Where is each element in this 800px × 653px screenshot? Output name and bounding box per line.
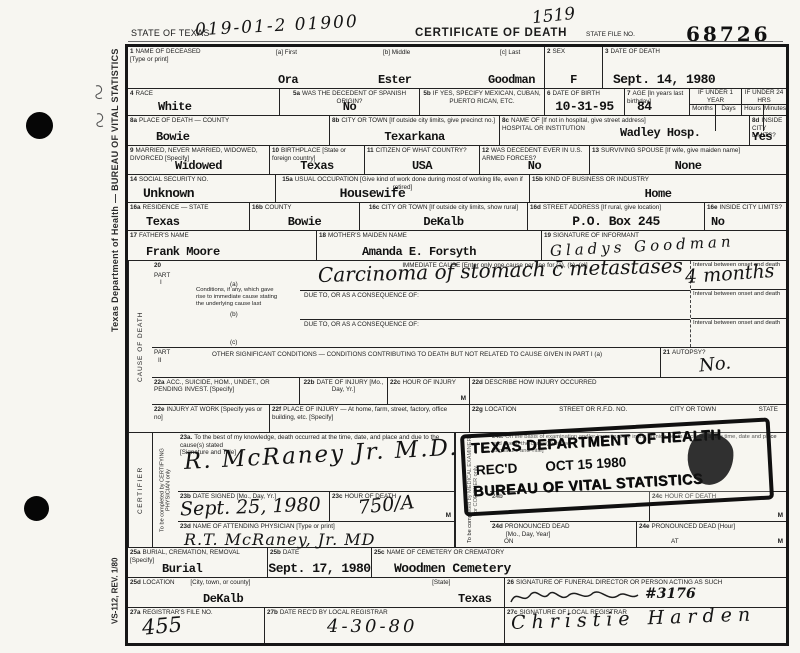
cemetery-value: Woodmen Cemetery [394,561,786,576]
death-certificate-scan: Texas Department of Health — BUREAU OF V… [0,0,800,653]
race-value: White [158,100,279,114]
stamp-ink-blot [686,432,735,486]
field-23d: 23dNAME OF ATTENDING PHYSICIAN [Type or … [178,522,454,547]
physician-strip: To be completed by CERTIFYING PHYSICIAN … [152,433,178,547]
field-25b: 25bDATE Sept. 17, 1980 [268,548,372,577]
field-25d: 25dLOCATION [City, town, or county] [Sta… [128,578,505,607]
field-name-of-deceased: 1NAME OF DECEASED[Type or print] [a] Fir… [128,47,545,88]
hour-of-death-value: 750/A [357,491,415,519]
sex-value: F [545,73,602,87]
field-age: 7AGE [In years last birthday] 84 [625,89,690,115]
field-22b: 22bDATE OF INJURY [Mo., Day, Yr.] [300,378,388,405]
field-street-address: 16dSTREET ADDRESS [If rural, give locati… [528,203,705,230]
field-inside-city-limits-8d: 8dINSIDE CITY LIMITS? Yes [750,116,786,145]
field-22c: 22cHOUR OF INJURY M [388,378,470,405]
line-c-tag: (c) [230,339,237,347]
field-race: 4RACE White [128,89,280,115]
field-surviving-spouse: 13SURVIVING SPOUSE [If wife, give maiden… [590,146,786,174]
hospital-value: Wadley Hosp. [620,126,749,140]
field-mother-name: 18MOTHER'S MAIDEN NAME Amanda E. Forsyth [317,231,542,260]
armed-forces-value: No [480,159,589,173]
residence-city-value: DeKalb [360,215,527,229]
registrar-date-value: 4-30-80 [327,616,417,637]
field-27a: 27aREGISTRAR'S FILE NO. 455 [128,608,265,643]
field-hospital: 8cNAME OF [If not in hospital, give stre… [500,116,750,145]
due-to-label-c: DUE TO, OR AS A CONSEQUENCE OF: [304,321,419,329]
age-value: 84 [637,99,689,114]
conditions-note: Conditions, if any, which gave rise to i… [196,287,282,308]
cause-part2-label: PART II [152,348,212,377]
field-25c: 25cNAME OF CEMETERY OR CREMATORY Woodmen… [372,548,786,577]
field-23c: 23cHOUR OF DEATH 750/A M [330,492,454,521]
handwritten-number: 1519 [531,4,576,28]
middle-name-value: Ester [378,73,412,87]
field-armed-forces: 12WAS DECEDENT EVER IN U.S. ARMED FORCES… [480,146,590,174]
hour-m-24c: M [778,512,783,519]
field-sex: 2SEX F [545,47,603,88]
residence-county-value: Bowie [250,215,359,229]
field-father-name: 17FATHER'S NAME Frank Moore [128,231,317,260]
page-title: CERTIFICATE OF DEATH [415,27,567,39]
middle-name-label: [b] Middle [383,49,410,57]
birthplace-value: Texas [270,159,364,173]
field-autopsy: 21AUTOPSY? No. [660,348,786,377]
field-residence-city: 16cCITY OR TOWN [If outside city limits,… [360,203,528,230]
stamp-line2: REC'DOCT 15 1980 [476,454,627,477]
disposition-state-value: Texas [458,592,504,606]
field-marital-status: 9MARRIED, NEVER MARRIED, WIDOWED, DIVORC… [128,146,270,174]
date-of-birth-value: 10-31-95 [545,99,624,114]
field-date-of-birth: 6DATE OF BIRTH 10-31-95 [545,89,625,115]
pronounced-at-label: AT [671,538,679,546]
marital-status-value: Widowed [128,159,269,173]
street-address-value: P.O. Box 245 [528,214,704,229]
field-23a: 23a.To the best of my knowledge, death o… [178,433,454,492]
state-file-no-label: STATE FILE NO. [586,31,635,38]
cause-part1-label-col: 20 PART I Conditions, if any, which gave… [152,261,300,347]
occupation-value: Housewife [216,186,529,201]
hole-punch-top [26,112,53,139]
field-22a: 22aACC., SUICIDE, HOM., UNDET., OR PENDI… [152,378,300,405]
line-a-rule [300,290,690,291]
spanish-origin-value: No [280,100,419,114]
line-b-rule [300,319,690,320]
line-b-tag: (b) [230,311,238,319]
margin-agency-text: Texas Department of Health — BUREAU OF V… [106,14,124,366]
handwritten-codes: 019-01-2 01900 [195,12,360,41]
field-22d: 22dDESCRIBE HOW INJURY OCCURRED [470,378,786,405]
field-industry: 15bKIND OF BUSINESS OR INDUSTRY Home [530,175,786,202]
disposition-value: Burial [162,562,267,576]
inside-city-limits-16e-value: No [711,215,786,229]
field-26: 26SIGNATURE OF FUNERAL DIRECTOR OR PERSO… [505,578,786,607]
date-signed-value: Sept. 25, 1980 [180,494,321,521]
pronounced-on-label: ON [504,538,513,546]
field-22f: 22fPLACE OF INJURY — At home, farm, stre… [270,405,470,432]
state-file-number: 68726 [686,22,771,46]
inside-city-limits-8d-value: Yes [752,130,786,144]
field-22e: 22eINJURY AT WORK [Specify yes or no] [152,405,270,432]
last-name-value: Goodman [488,73,535,87]
citizen-value: USA [365,159,479,173]
field-birthplace: 10BIRTHPLACE [State or foreign country] … [270,146,365,174]
funeral-director-signature [509,586,641,608]
field-27b: 27bDATE REC'D BY LOCAL REGISTRAR 4-30-80 [265,608,505,643]
first-name-value: Ora [278,73,298,87]
attending-physician-value: R.T. McRaney, Jr. MD [184,530,375,549]
date-of-death-value: Sept. 14, 1980 [613,72,786,87]
hour-m-22c: M [461,395,466,402]
field-citizen: 11CITIZEN OF WHAT COUNTRY? USA [365,146,480,174]
industry-value: Home [530,187,786,201]
hour-m-23c: M [446,512,451,519]
certifier-side-label: CERTIFIER [128,433,152,547]
interval-col: Interval between onset and death Interva… [690,261,786,347]
line-a-tag: (a) [230,281,238,289]
hole-punch-bottom [24,496,49,521]
field-24e: 24ePRONOUNCED DEAD [Hour] AT M [637,522,786,547]
field-occupation: 15aUSUAL OCCUPATION [Give kind of work d… [276,175,530,202]
part2-text-col: OTHER SIGNIFICANT CONDITIONS — CONDITION… [212,348,660,377]
field-if-under-24-hrs: IF UNDER 24 HRS Hours Minutes [742,89,786,115]
due-to-label-b: DUE TO, OR AS A CONSEQUENCE OF: [304,292,419,300]
margin-form-code: VS-112, REV. 1/80 [108,548,122,634]
cause-of-death-side-label: CAUSE OF DEATH [128,261,152,432]
surviving-spouse-value: None [590,159,786,173]
field-inside-city-limits-16e: 16eINSIDE CITY LIMITS? No [705,203,786,230]
field-if-under-1-year: IF UNDER 1 YEAR Months Days [690,89,742,115]
first-name-label: [a] First [276,49,297,57]
field-city-or-town: 8bCITY OR TOWN [If outside city limits, … [330,116,500,145]
field-residence-state: 16aRESIDENCE — STATE Texas [128,203,250,230]
place-of-death-county-value: Bowie [156,130,329,144]
header-rule [128,41,783,42]
disposition-date-value: Sept. 17, 1980 [268,561,371,576]
certificate-form: 1NAME OF DECEASED[Type or print] [a] Fir… [125,44,789,646]
field-residence-county: 16bCOUNTY Bowie [250,203,360,230]
field-spanish-origin: 5aWAS THE DECEDENT OF SPANISH ORIGIN? No [280,89,420,115]
city-or-town-value: Texarkana [330,130,499,144]
field-24d: 24dPRONOUNCED DEAD [Mo., Day, Year] ON [490,522,637,547]
hour-m-24e: M [778,538,783,545]
cause-lines-col: IMMEDIATE CAUSE [Enter only one cause pe… [300,261,690,347]
field-date-of-death: 3DATE OF DEATH Sept. 14, 1980 [603,47,786,88]
registrar-file-no-value: 455 [141,612,183,639]
autopsy-value: No. [698,352,732,376]
field-27c: 27cSIGNATURE OF LOCAL REGISTRAR Christie… [505,608,786,643]
funeral-director-license: #3176 [645,586,696,602]
field-spanish-specify: 5bIF YES, SPECIFY MEXICAN, CUBAN, PUERTO… [420,89,545,115]
field-23b: 23bDATE SIGNED [Mo., Day, Yr.] Sept. 25,… [178,492,330,521]
last-name-label: [c] Last [500,49,520,57]
received-stamp: TEXAS DEPARTMENT OF HEALTH REC'DOCT 15 1… [460,417,774,516]
field-25a: 25aBURIAL, CREMATION, REMOVAL [Specify] … [128,548,268,577]
father-name-value: Frank Moore [146,245,316,259]
residence-state-value: Texas [146,215,249,229]
field-place-of-death-county: 8aPLACE OF DEATH — COUNTY Bowie [128,116,330,145]
